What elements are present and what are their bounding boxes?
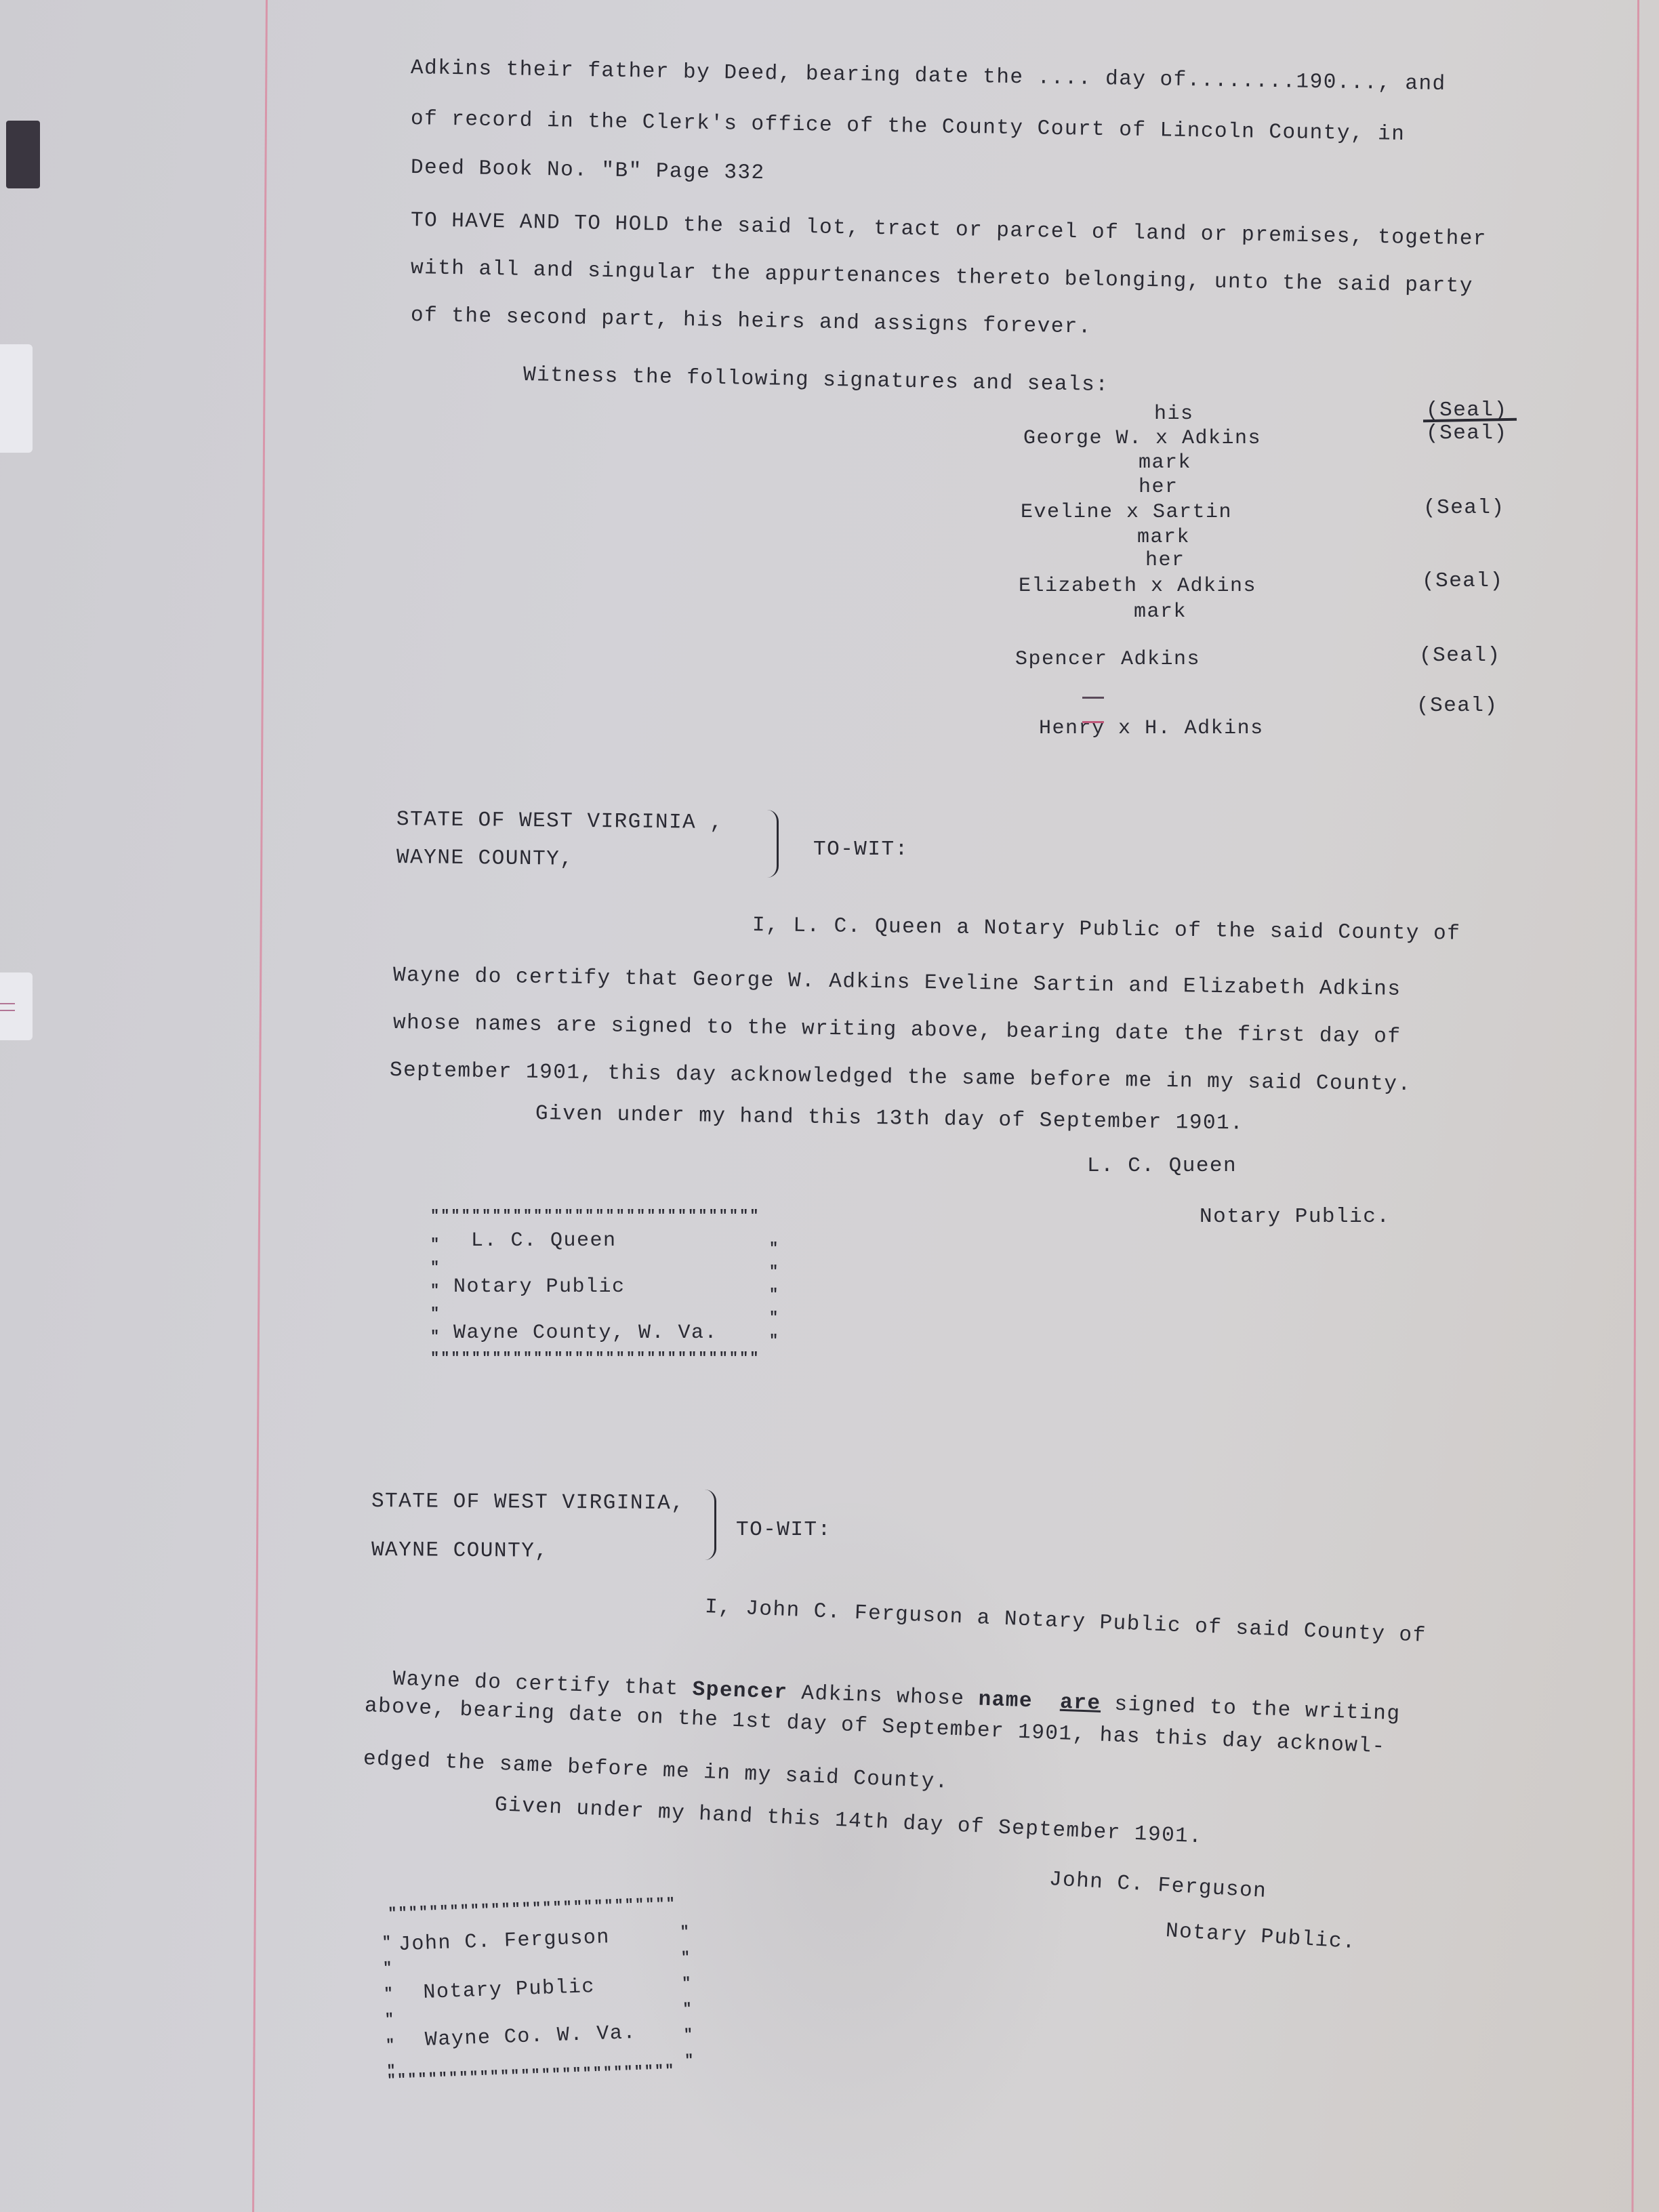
signature-elizabeth-adkins: Elizabeth x Adkins <box>1019 576 1256 596</box>
ack2-text <box>1032 1689 1060 1714</box>
stamp-line: Wayne County, W. Va. <box>453 1323 718 1343</box>
stamp-line: L. C. Queen <box>471 1231 617 1251</box>
signature-mark-her: her <box>1145 550 1185 571</box>
signature-mark-label: mark <box>1137 527 1190 548</box>
venue-state: STATE OF WEST VIRGINIA , <box>396 809 724 834</box>
venue-brace <box>767 810 779 878</box>
binder-hole-torn <box>0 344 33 453</box>
seal-label: (Seal) <box>1426 422 1508 445</box>
signature-henry-adkins: Henry x H. Adkins <box>1012 698 1264 739</box>
seal-label: (Seal) <box>1419 644 1501 668</box>
ack2-name-spencer: Spencer <box>692 1678 788 1705</box>
ack1-signer-title: Notary Public. <box>1200 1206 1390 1227</box>
signature-henry-last: H. Adkins <box>1145 717 1264 740</box>
venue-county: WAYNE COUNTY, <box>396 847 574 870</box>
paper-shadow <box>610 1491 1084 2212</box>
signature-mark-his: his <box>1154 404 1194 424</box>
venue-state: STATE OF WEST VIRGINIA, <box>371 1491 685 1514</box>
signature-mark-label: mark <box>1134 602 1187 622</box>
stamp-line: Wayne Co. W. Va. <box>424 2023 636 2051</box>
notary-stamp-ferguson: """""""""""""""""""""""""""" """""" """"… <box>381 1895 705 2089</box>
seal-label: (Seal) <box>1423 496 1505 520</box>
venue-county: WAYNE COUNTY, <box>371 1540 549 1562</box>
notary-stamp-queen: """""""""""""""""""""""""""""""" """"" "… <box>430 1208 784 1361</box>
signature-henry-mark: x <box>1118 717 1132 740</box>
stamp-border-right: """"" <box>769 1237 779 1353</box>
stamp-border-bottom: """""""""""""""""""""""""""""""" <box>430 1350 760 1367</box>
stamp-border-left: """"" <box>430 1233 441 1349</box>
seal-label: (Seal) <box>1422 569 1504 593</box>
stamp-border-right: """""" <box>680 1919 695 2074</box>
henry-mark-overline <box>1082 697 1104 699</box>
signature-eveline-sartin: Eveline x Sartin <box>1021 502 1232 523</box>
ack2-word-name: name <box>978 1688 1033 1714</box>
stamp-line: John C. Ferguson <box>398 1927 611 1955</box>
venue-brace <box>705 1490 716 1560</box>
stamp-line: Notary Public <box>453 1277 626 1297</box>
seal-label: (Seal) <box>1416 694 1498 718</box>
deed-line: Deed Book No. "B" Page 332 <box>411 157 765 184</box>
to-wit-label: TO-WIT: <box>736 1519 832 1540</box>
ack2-word-are: are <box>1060 1691 1101 1716</box>
signature-mark-label: mark <box>1139 453 1191 473</box>
stamp-line: Notary Public <box>423 1977 595 2003</box>
signature-mark-her: her <box>1139 477 1179 497</box>
stamp-border-top: """""""""""""""""""""""""""""""" <box>430 1208 760 1225</box>
henry-mark-underline-red <box>1082 721 1104 723</box>
signature-george-adkins: George W. x Adkins <box>1023 428 1261 449</box>
to-wit-label: TO-WIT: <box>813 839 909 860</box>
signature-spencer-adkins: Spencer Adkins <box>1015 649 1200 670</box>
ack1-signer: L. C. Queen <box>1087 1155 1237 1176</box>
binder-hole <box>6 121 40 188</box>
binder-hole-torn <box>0 972 33 1040</box>
